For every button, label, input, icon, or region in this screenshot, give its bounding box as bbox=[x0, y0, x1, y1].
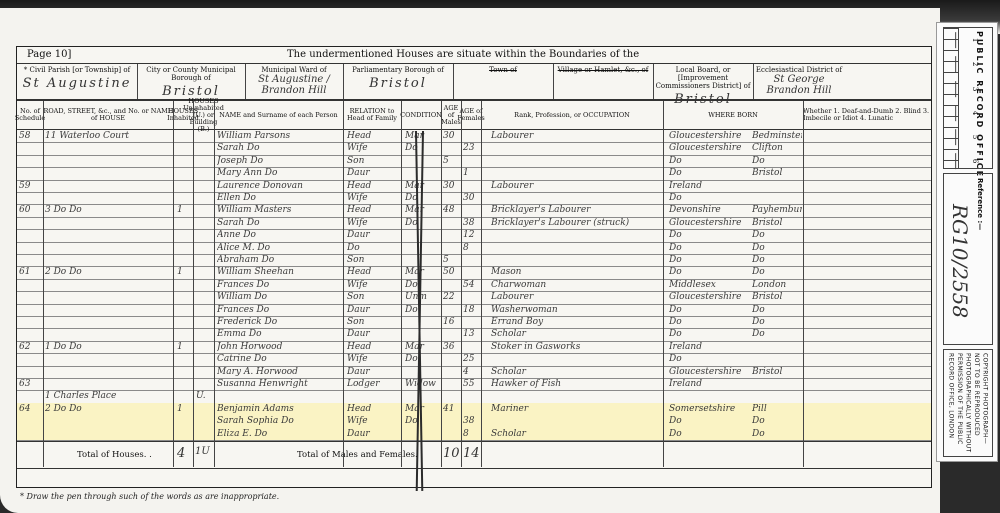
total-houses-label: Total of Houses. . bbox=[77, 450, 152, 460]
occupation: Bricklayer's Labourer bbox=[491, 204, 661, 217]
uninhabited bbox=[196, 291, 212, 304]
condition bbox=[405, 390, 439, 403]
address bbox=[45, 415, 171, 428]
census-row: Emma DoDaur13ScholarDoDo bbox=[17, 328, 931, 341]
age-female bbox=[463, 155, 479, 168]
uninhabited bbox=[196, 378, 212, 391]
occupation bbox=[491, 390, 661, 403]
condition: Unm bbox=[405, 291, 439, 304]
condition: Mar bbox=[405, 341, 439, 354]
born-place bbox=[752, 341, 802, 354]
occupation: Errand Boy bbox=[491, 316, 661, 329]
inhabited: 1 bbox=[177, 341, 191, 354]
condition bbox=[405, 316, 439, 329]
age-female: 25 bbox=[463, 353, 479, 366]
address bbox=[45, 316, 171, 329]
address bbox=[45, 279, 171, 292]
age-female bbox=[463, 291, 479, 304]
person-name: Ellen Do bbox=[217, 192, 341, 205]
age-female bbox=[463, 266, 479, 279]
occupation bbox=[491, 254, 661, 267]
address: 1 Do Do bbox=[45, 341, 171, 354]
born-place bbox=[752, 353, 802, 366]
relation: Son bbox=[347, 254, 399, 267]
relation: Son bbox=[347, 155, 399, 168]
uninhabited bbox=[196, 155, 212, 168]
relation: Head bbox=[347, 341, 399, 354]
ruler-numbers: 1 2 3 4 5 6 bbox=[958, 28, 975, 168]
column-rule bbox=[401, 101, 402, 467]
age-male: 41 bbox=[443, 403, 459, 416]
person-name: William Sheehan bbox=[217, 266, 341, 279]
inhabited bbox=[177, 316, 191, 329]
relation: Wife bbox=[347, 142, 399, 155]
inhabited bbox=[177, 415, 191, 428]
inhabited bbox=[177, 353, 191, 366]
schedule-number bbox=[19, 353, 41, 366]
area-municipal-borough: City or County Municipal Borough of Bris… bbox=[137, 64, 246, 99]
relation: Wife bbox=[347, 192, 399, 205]
area-ecclesiastical-district: Ecclesiastical District of St George Bra… bbox=[753, 64, 845, 99]
area-parliamentary-borough: Parliamentary Borough of Bristol bbox=[343, 64, 454, 99]
census-row: Frederick DoSon16Errand BoyDoDo bbox=[17, 316, 931, 329]
person-name: William Do bbox=[217, 291, 341, 304]
age-male bbox=[443, 378, 459, 391]
schedule-number: 61 bbox=[19, 266, 41, 279]
inhabited bbox=[177, 304, 191, 317]
occupation: Charwoman bbox=[491, 279, 661, 292]
person-name: John Horwood bbox=[217, 341, 341, 354]
inhabited bbox=[177, 279, 191, 292]
age-female: 38 bbox=[463, 217, 479, 230]
born-place: Do bbox=[752, 304, 802, 317]
area-municipal-ward: Municipal Ward of St Augustine / Brandon… bbox=[245, 64, 344, 99]
uninhabited: U. bbox=[196, 390, 212, 403]
census-row: William DoSonUnm22LabourerGloucestershir… bbox=[17, 291, 931, 304]
column-rule bbox=[441, 101, 442, 467]
total-persons-label: Total of Males and Females. . bbox=[297, 450, 423, 460]
person-name: Sarah Do bbox=[217, 142, 341, 155]
schedule-number bbox=[19, 217, 41, 230]
address bbox=[45, 378, 171, 391]
relation: Daur bbox=[347, 428, 399, 441]
reference-number: RG10/2558 bbox=[948, 204, 972, 318]
born-county: Ireland bbox=[669, 180, 749, 193]
inhabited bbox=[177, 167, 191, 180]
born-place: London bbox=[752, 279, 802, 292]
relation: Daur bbox=[347, 229, 399, 242]
uninhabited bbox=[196, 353, 212, 366]
address bbox=[45, 328, 171, 341]
age-female bbox=[463, 341, 479, 354]
person-name: Sarah Sophia Do bbox=[217, 415, 341, 428]
condition bbox=[405, 229, 439, 242]
schedule-number bbox=[19, 428, 41, 441]
born-county: Middlesex bbox=[669, 279, 749, 292]
born-county: Devonshire bbox=[669, 204, 749, 217]
born-place: Clifton bbox=[752, 142, 802, 155]
schedule-number: 58 bbox=[19, 130, 41, 143]
condition bbox=[405, 366, 439, 379]
census-row: Mary A. HorwoodDaur4ScholarGloucestershi… bbox=[17, 366, 931, 379]
column-headers: No. of Schedule ROAD, STREET, &c., and N… bbox=[17, 101, 931, 130]
schedule-number bbox=[19, 279, 41, 292]
person-name: William Masters bbox=[217, 204, 341, 217]
col-occupation: Rank, Profession, or OCCUPATION bbox=[481, 101, 664, 129]
born-county: Gloucestershire bbox=[669, 291, 749, 304]
address bbox=[45, 304, 171, 317]
column-rule bbox=[343, 101, 344, 467]
age-male: 50 bbox=[443, 266, 459, 279]
age-male bbox=[443, 192, 459, 205]
area-village: Village or Hamlet, &c., of bbox=[553, 64, 654, 99]
schedule-number bbox=[19, 242, 41, 255]
inhabited bbox=[177, 180, 191, 193]
person-name: Abraham Do bbox=[217, 254, 341, 267]
uninhabited bbox=[196, 167, 212, 180]
copyright-notice: COPYRIGHT PHOTOGRAPH—NOT TO BE REPRODUCE… bbox=[943, 349, 993, 457]
person-name: Mary Ann Do bbox=[217, 167, 341, 180]
relation: Wife bbox=[347, 415, 399, 428]
born-county: Gloucestershire bbox=[669, 142, 749, 155]
schedule-number bbox=[19, 142, 41, 155]
column-rule bbox=[173, 101, 174, 467]
uninhabited bbox=[196, 316, 212, 329]
age-female: 38 bbox=[463, 415, 479, 428]
area-civil-parish: * Civil Parish [or Township] of St Augus… bbox=[17, 64, 138, 99]
person-name: Frederick Do bbox=[217, 316, 341, 329]
person-name: Eliza E. Do bbox=[217, 428, 341, 441]
schedule-number bbox=[19, 167, 41, 180]
relation bbox=[347, 390, 399, 403]
born-place: Do bbox=[752, 242, 802, 255]
person-name: Sarah Do bbox=[217, 217, 341, 230]
condition: Do bbox=[405, 217, 439, 230]
occupation bbox=[491, 167, 661, 180]
occupation: Stoker in Gasworks bbox=[491, 341, 661, 354]
census-row: 5811 Waterloo CourtWilliam ParsonsHeadMa… bbox=[17, 130, 931, 143]
address bbox=[45, 353, 171, 366]
address: 2 Do Do bbox=[45, 266, 171, 279]
census-row: Anne DoDaur12DoDo bbox=[17, 229, 931, 242]
age-male: 30 bbox=[443, 130, 459, 143]
age-female bbox=[463, 204, 479, 217]
born-county: Ireland bbox=[669, 341, 749, 354]
age-female: 12 bbox=[463, 229, 479, 242]
age-male bbox=[443, 229, 459, 242]
inhabited bbox=[177, 155, 191, 168]
born-county: Do bbox=[669, 254, 749, 267]
census-row: Frances DoDaurDo18WasherwomanDoDo bbox=[17, 304, 931, 317]
person-name: Frances Do bbox=[217, 304, 341, 317]
condition: Mar bbox=[405, 266, 439, 279]
age-male bbox=[443, 415, 459, 428]
inhabited bbox=[177, 254, 191, 267]
inhabited bbox=[177, 328, 191, 341]
born-place: Bedminster bbox=[752, 130, 802, 143]
born-county: Ireland bbox=[669, 378, 749, 391]
born-place: Pill bbox=[752, 403, 802, 416]
condition bbox=[405, 328, 439, 341]
census-page: Page 10] The undermentioned Houses are s… bbox=[0, 8, 940, 513]
total-houses-uninhabited: 1U bbox=[195, 446, 210, 457]
born-place bbox=[752, 378, 802, 391]
born-place: Do bbox=[752, 155, 802, 168]
census-row: 63Susanna HenwrightLodgerWidow55Hawker o… bbox=[17, 378, 931, 391]
inhabited: 1 bbox=[177, 403, 191, 416]
relation: Daur bbox=[347, 328, 399, 341]
occupation bbox=[491, 229, 661, 242]
col-condition: CONDITION bbox=[401, 101, 442, 129]
address: 2 Do Do bbox=[45, 403, 171, 416]
uninhabited bbox=[196, 204, 212, 217]
age-female: 13 bbox=[463, 328, 479, 341]
relation: Wife bbox=[347, 353, 399, 366]
uninhabited bbox=[196, 229, 212, 242]
born-county: Do bbox=[669, 192, 749, 205]
occupation: Labourer bbox=[491, 291, 661, 304]
age-male bbox=[443, 390, 459, 403]
schedule-number bbox=[19, 366, 41, 379]
born-place: Do bbox=[752, 316, 802, 329]
uninhabited bbox=[196, 142, 212, 155]
census-sheet: Page 10] The undermentioned Houses are s… bbox=[16, 46, 932, 488]
inhabited bbox=[177, 217, 191, 230]
total-females: 14 bbox=[463, 446, 480, 461]
person-name: Frances Do bbox=[217, 279, 341, 292]
born-county: Do bbox=[669, 316, 749, 329]
census-row: Catrine DoWifeDo25Do bbox=[17, 353, 931, 366]
age-male bbox=[443, 366, 459, 379]
age-female: 18 bbox=[463, 304, 479, 317]
column-rule bbox=[803, 101, 804, 467]
born-place: Bristol bbox=[752, 366, 802, 379]
born-place: Do bbox=[752, 415, 802, 428]
schedule-number bbox=[19, 304, 41, 317]
person-name: Mary A. Horwood bbox=[217, 366, 341, 379]
age-female: 55 bbox=[463, 378, 479, 391]
age-female: 8 bbox=[463, 428, 479, 441]
occupation: Scholar bbox=[491, 366, 661, 379]
born-place: Do bbox=[752, 229, 802, 242]
born-county: Do bbox=[669, 328, 749, 341]
column-rule bbox=[481, 101, 482, 467]
inhabited bbox=[177, 229, 191, 242]
uninhabited bbox=[196, 366, 212, 379]
address bbox=[45, 229, 171, 242]
age-male: 22 bbox=[443, 291, 459, 304]
inhabited bbox=[177, 428, 191, 441]
relation: Son bbox=[347, 316, 399, 329]
age-male bbox=[443, 242, 459, 255]
relation: Daur bbox=[347, 304, 399, 317]
born-place: Do bbox=[752, 428, 802, 441]
uninhabited bbox=[196, 304, 212, 317]
relation: Daur bbox=[347, 167, 399, 180]
uninhabited bbox=[196, 242, 212, 255]
address bbox=[45, 167, 171, 180]
page-number: Page 10] bbox=[27, 49, 71, 60]
born-county: Do bbox=[669, 428, 749, 441]
address bbox=[45, 155, 171, 168]
age-male: 36 bbox=[443, 341, 459, 354]
relation: Head bbox=[347, 130, 399, 143]
occupation: Scholar bbox=[491, 428, 661, 441]
age-male: 5 bbox=[443, 155, 459, 168]
census-row: Eliza E. DoDaur8ScholarDoDo bbox=[17, 428, 931, 441]
condition bbox=[405, 254, 439, 267]
schedule-number bbox=[19, 316, 41, 329]
area-boundaries: * Civil Parish [or Township] of St Augus… bbox=[17, 64, 931, 101]
scale-ruler: 1 2 3 4 5 6 bbox=[943, 27, 993, 169]
born-place bbox=[752, 192, 802, 205]
inhabited bbox=[177, 242, 191, 255]
born-county: Do bbox=[669, 155, 749, 168]
uninhabited bbox=[196, 266, 212, 279]
schedule-number bbox=[19, 254, 41, 267]
address bbox=[45, 192, 171, 205]
address bbox=[45, 217, 171, 230]
col-name: NAME and Surname of each Person bbox=[214, 101, 344, 129]
uninhabited bbox=[196, 192, 212, 205]
born-county: Gloucestershire bbox=[669, 130, 749, 143]
schedule-number: 64 bbox=[19, 403, 41, 416]
person-name: Emma Do bbox=[217, 328, 341, 341]
age-female bbox=[463, 316, 479, 329]
col-address: ROAD, STREET, &c., and No. or NAME of HO… bbox=[43, 101, 174, 129]
column-rule bbox=[43, 101, 44, 467]
census-row: Ellen DoWifeDo30Do bbox=[17, 192, 931, 205]
uninhabited bbox=[196, 428, 212, 441]
age-male: 5 bbox=[443, 254, 459, 267]
age-female bbox=[463, 403, 479, 416]
schedule-number bbox=[19, 328, 41, 341]
born-county: Do bbox=[669, 266, 749, 279]
uninhabited bbox=[196, 415, 212, 428]
address bbox=[45, 254, 171, 267]
person-name: Catrine Do bbox=[217, 353, 341, 366]
relation: Daur bbox=[347, 366, 399, 379]
age-female: 23 bbox=[463, 142, 479, 155]
occupation: Mariner bbox=[491, 403, 661, 416]
condition: Do bbox=[405, 353, 439, 366]
column-rule bbox=[193, 101, 194, 467]
inhabited bbox=[177, 130, 191, 143]
inhabited bbox=[177, 390, 191, 403]
inhabited: 1 bbox=[177, 204, 191, 217]
age-male: 48 bbox=[443, 204, 459, 217]
born-county bbox=[669, 390, 749, 403]
occupation: Bricklayer's Labourer (struck) bbox=[491, 217, 661, 230]
schedule-number: 60 bbox=[19, 204, 41, 217]
condition: Do bbox=[405, 304, 439, 317]
born-place: Bristol bbox=[752, 167, 802, 180]
age-male bbox=[443, 217, 459, 230]
address: 3 Do Do bbox=[45, 204, 171, 217]
col-uninhabited: HOUSES Uninhabited (U.) or Building (B.) bbox=[193, 101, 215, 129]
totals-row: Total of Houses. . 4 1U Total of Males a… bbox=[17, 441, 931, 469]
born-place: Payhembury bbox=[752, 204, 802, 217]
occupation: Washerwoman bbox=[491, 304, 661, 317]
address bbox=[45, 242, 171, 255]
condition: Do bbox=[405, 279, 439, 292]
inhabited bbox=[177, 378, 191, 391]
born-place: Do bbox=[752, 254, 802, 267]
age-female: 54 bbox=[463, 279, 479, 292]
schedule-number bbox=[19, 415, 41, 428]
person-name: Benjamin Adams bbox=[217, 403, 341, 416]
inhabited bbox=[177, 291, 191, 304]
col-where-born: WHERE BORN bbox=[663, 101, 804, 129]
address: 1 Charles Place bbox=[45, 390, 171, 403]
born-place: Do bbox=[752, 266, 802, 279]
col-relation: RELATION to Head of Family bbox=[343, 101, 402, 129]
uninhabited bbox=[196, 328, 212, 341]
schedule-number bbox=[19, 390, 41, 403]
age-male: 30 bbox=[443, 180, 459, 193]
schedule-number: 62 bbox=[19, 341, 41, 354]
reference-box: Reference :— RG10/2558 bbox=[943, 173, 993, 345]
age-female: 8 bbox=[463, 242, 479, 255]
page-header: Page 10] The undermentioned Houses are s… bbox=[17, 47, 931, 64]
person-name: Anne Do bbox=[217, 229, 341, 242]
age-female bbox=[463, 254, 479, 267]
inhabited bbox=[177, 192, 191, 205]
census-row: Alice M. DoDo8DoDo bbox=[17, 242, 931, 255]
schedule-number bbox=[19, 155, 41, 168]
public-record-office-label: PUBLIC RECORD OFFICE 1 2 3 4 5 6 Referen… bbox=[936, 22, 998, 462]
uninhabited bbox=[196, 130, 212, 143]
relation: Lodger bbox=[347, 378, 399, 391]
born-county: Do bbox=[669, 242, 749, 255]
born-place: Bristol bbox=[752, 291, 802, 304]
inhabited bbox=[177, 142, 191, 155]
census-row: 59Laurence DonovanHeadMar30LabourerIrela… bbox=[17, 180, 931, 193]
condition: Widow bbox=[405, 378, 439, 391]
column-rule bbox=[214, 101, 215, 467]
occupation: Mason bbox=[491, 266, 661, 279]
census-row: 603 Do Do1William MastersHeadMar48Brickl… bbox=[17, 204, 931, 217]
born-county: Gloucestershire bbox=[669, 217, 749, 230]
occupation: Labourer bbox=[491, 130, 661, 143]
occupation bbox=[491, 142, 661, 155]
total-houses-inhabited: 4 bbox=[177, 446, 185, 461]
uninhabited bbox=[196, 341, 212, 354]
census-row: 642 Do Do1Benjamin AdamsHeadMar41Mariner… bbox=[17, 403, 931, 416]
occupation bbox=[491, 192, 661, 205]
address bbox=[45, 180, 171, 193]
census-row: 1 Charles PlaceU. bbox=[17, 390, 931, 403]
person-name: Susanna Henwright bbox=[217, 378, 341, 391]
occupation: Labourer bbox=[491, 180, 661, 193]
born-county: Do bbox=[669, 304, 749, 317]
reference-label: Reference :— bbox=[976, 178, 984, 230]
born-county: Somersetshire bbox=[669, 403, 749, 416]
relation: Head bbox=[347, 403, 399, 416]
born-county: Do bbox=[669, 229, 749, 242]
relation: Do bbox=[347, 242, 399, 255]
born-place bbox=[752, 390, 802, 403]
born-place: Do bbox=[752, 328, 802, 341]
born-county: Do bbox=[669, 415, 749, 428]
relation: Head bbox=[347, 266, 399, 279]
census-row: Joseph DoSon5DoDo bbox=[17, 155, 931, 168]
person-name: Joseph Do bbox=[217, 155, 341, 168]
condition: Do bbox=[405, 415, 439, 428]
person-name: William Parsons bbox=[217, 130, 341, 143]
age-female bbox=[463, 390, 479, 403]
uninhabited bbox=[196, 403, 212, 416]
